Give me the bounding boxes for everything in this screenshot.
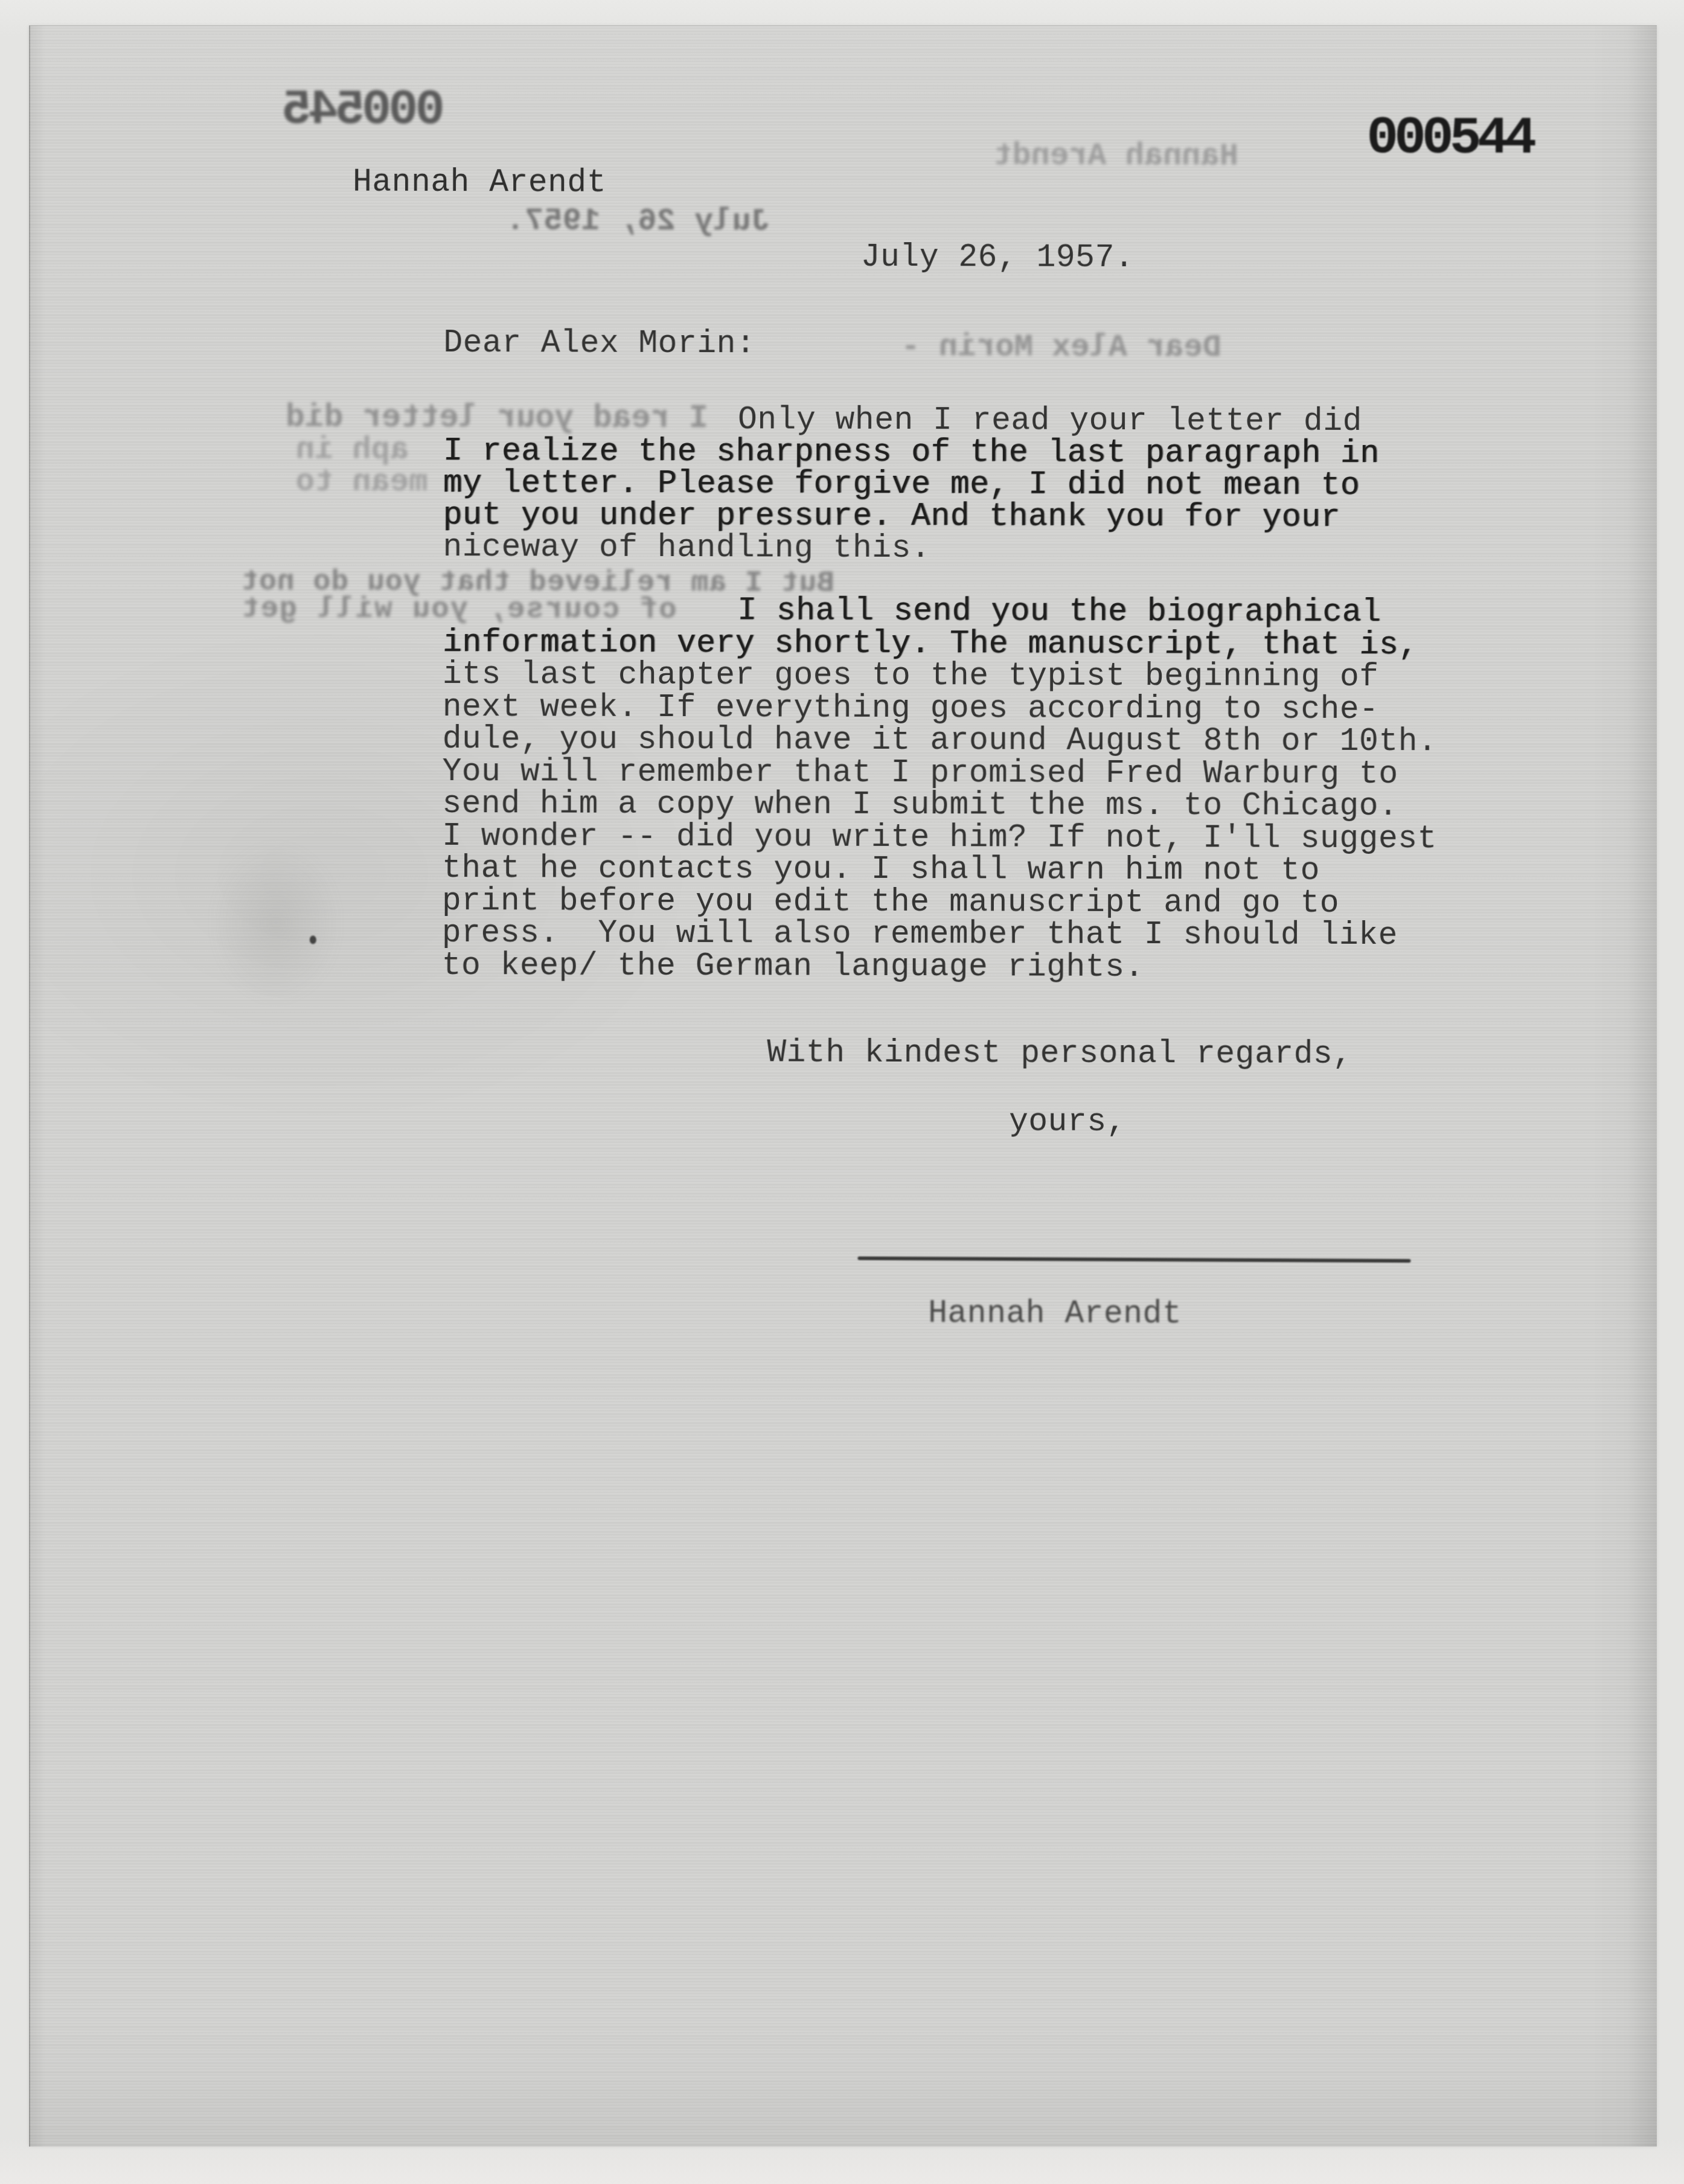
letter-content: 000545 Hannah Arendt July 26, 1957. Dear… [25, 25, 1657, 2150]
letter-paper: 000545 Hannah Arendt July 26, 1957. Dear… [29, 25, 1657, 2147]
scanned-letter-screenshot: { "scan": { "stamp_number": "000544" }, … [0, 0, 1684, 2184]
bleed-stamp-number: 000545 [284, 85, 444, 135]
bleed-sender-name: Hannah Arendt [993, 140, 1238, 172]
letter-line: print before you edit the manuscript and… [442, 885, 1437, 920]
stamp-number: 000544 [1366, 112, 1532, 166]
paragraph-1: Only when I read your letter did I reali… [443, 403, 1379, 566]
letter-line: press. You will also remember that I sho… [442, 917, 1437, 952]
letter-line: send him a copy when I submit the ms. to… [442, 788, 1437, 823]
letter-line: You will remember that I promised Fred W… [442, 756, 1437, 791]
letter-line: I realize the sharpness of the last para… [443, 435, 1380, 470]
letter-line: next week. If everything goes according … [443, 691, 1438, 726]
closing-yours: yours, [1009, 1106, 1126, 1138]
letter-line: I shall send you the biographical [443, 594, 1438, 629]
letterhead-sender-name: Hannah Arendt [353, 167, 606, 199]
letter-line: niceway of handling this. [443, 531, 1379, 566]
smudge-mark [182, 808, 370, 1038]
letter-line: its last chapter goes to the typist begi… [443, 659, 1438, 694]
letter-line: put you under pressure. And thank you fo… [443, 499, 1380, 534]
letter-line: I wonder -- did you write him? If not, I… [442, 821, 1437, 856]
paragraph-2: I shall send you the biographical inform… [442, 594, 1438, 984]
salutation: Dear Alex Morin: [443, 327, 755, 360]
bleed-line-fragment: mean to [296, 466, 428, 498]
letter-line: my letter. Please forgive me, I did not … [443, 467, 1380, 502]
letter-line: Only when I read your letter did [443, 403, 1380, 438]
bleed-salutation: Dear Alex Morin - [901, 331, 1221, 363]
bleed-date: July 26, 1957. [506, 205, 770, 237]
signature-rule [857, 1257, 1410, 1263]
letter-line: that he contacts you. I shall warn him n… [442, 853, 1437, 888]
closing-regards: With kindest personal regards, [767, 1037, 1352, 1071]
letter-date: July 26, 1957. [861, 242, 1134, 274]
letter-line: to keep/ the German language rights. [442, 950, 1437, 985]
signature-name: Hannah Arendt [928, 1298, 1182, 1330]
letter-line: information very shortly. The manuscript… [443, 627, 1438, 662]
bleed-line-fragment: aph in [296, 434, 409, 466]
letter-line: dule, you should have it around August 8… [443, 723, 1438, 758]
